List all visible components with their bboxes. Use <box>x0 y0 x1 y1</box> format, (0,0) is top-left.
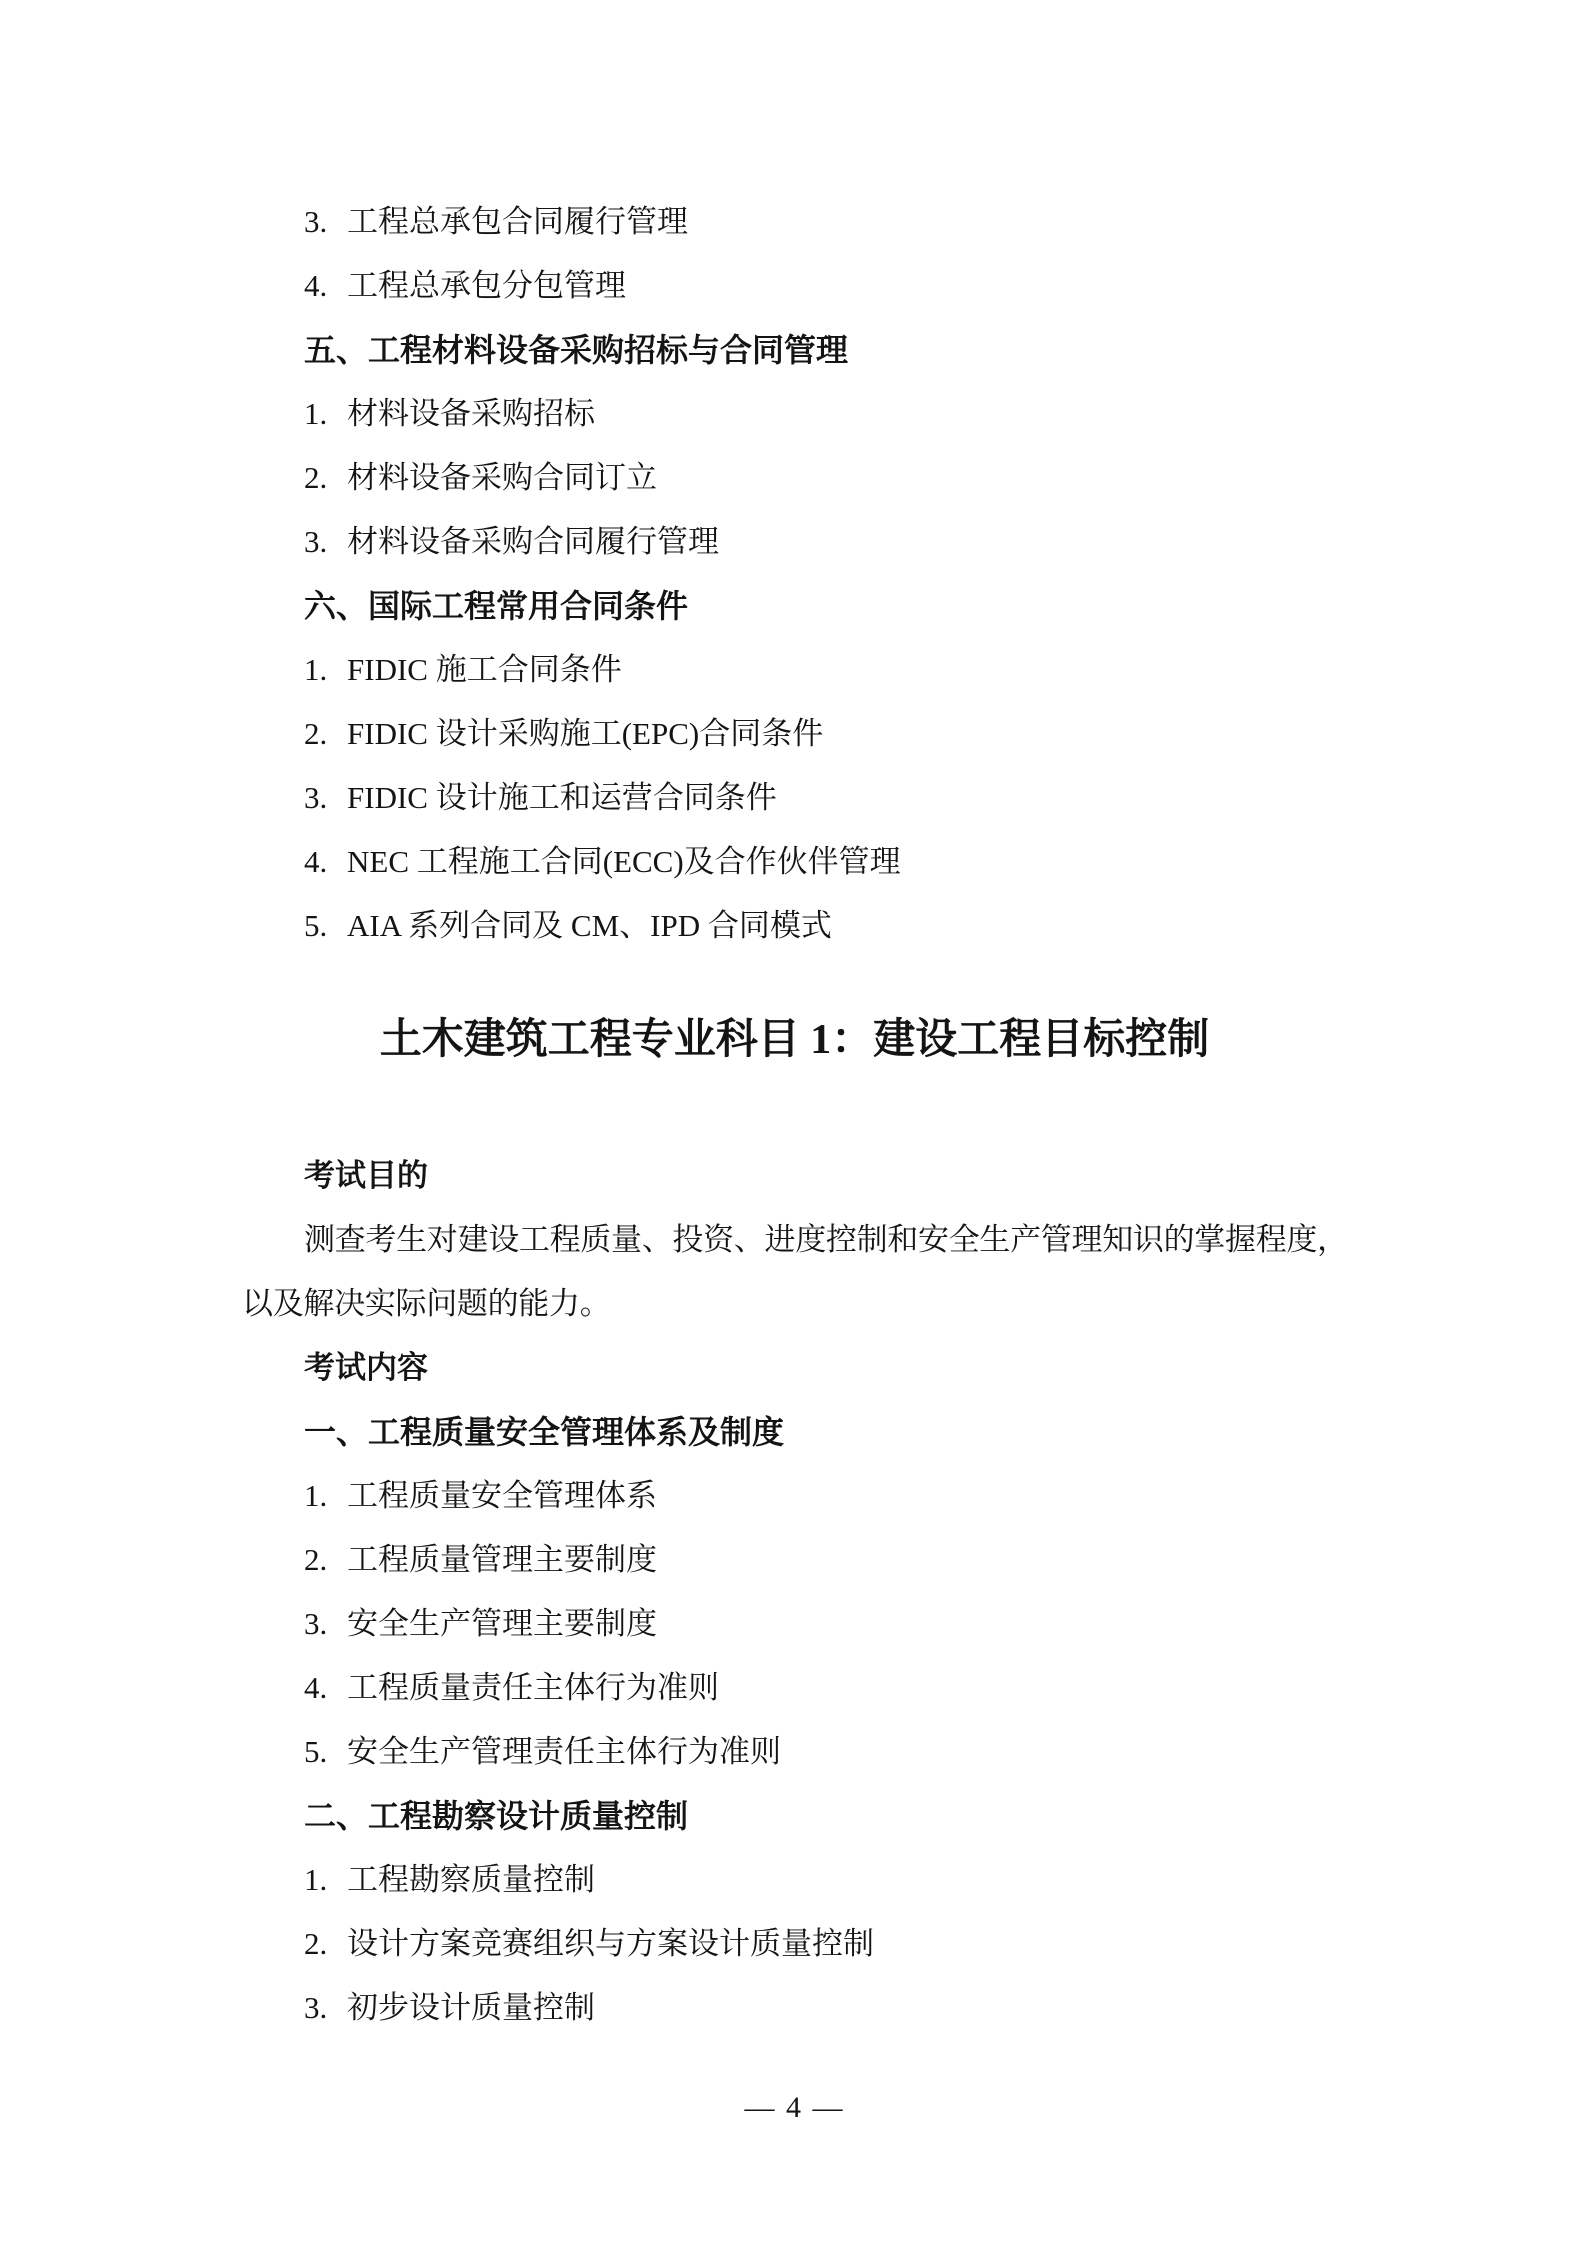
outline-item: 4.工程总承包分包管理 <box>242 254 1347 318</box>
item-text: 材料设备采购合同履行管理 <box>347 524 719 559</box>
item-number: 2. <box>304 702 347 766</box>
item-text: 安全生产管理责任主体行为准则 <box>347 1734 781 1769</box>
content-heading-two: 二、工程勘察设计质量控制 <box>242 1784 1347 1848</box>
outline-heading-six: 六、国际工程常用合同条件 <box>242 574 1347 638</box>
item-number: 5. <box>304 1720 347 1784</box>
content-heading-one: 一、工程质量安全管理体系及制度 <box>242 1400 1347 1464</box>
item-number: 5. <box>304 894 347 958</box>
item-number: 1. <box>304 638 347 702</box>
content-item: 5.安全生产管理责任主体行为准则 <box>242 1720 1347 1784</box>
item-number: 3. <box>304 190 347 254</box>
exam-purpose-paragraph-line1: 测查考生对建设工程质量、投资、进度控制和安全生产管理知识的掌握程度， <box>242 1208 1347 1272</box>
item-text: 材料设备采购招标 <box>347 396 595 431</box>
item-text: FIDIC 设计施工和运营合同条件 <box>347 780 777 815</box>
outline-heading-five: 五、工程材料设备采购招标与合同管理 <box>242 318 1347 382</box>
item-text: 初步设计质量控制 <box>347 1990 595 2025</box>
item-number: 1. <box>304 1464 347 1528</box>
content-item: 1.工程质量安全管理体系 <box>242 1464 1347 1528</box>
exam-purpose-paragraph-line2: 以及解决实际问题的能力。 <box>242 1272 1347 1336</box>
item-text: 安全生产管理主要制度 <box>347 1606 657 1641</box>
outline-item: 3.工程总承包合同履行管理 <box>242 190 1347 254</box>
section-title: 土木建筑工程专业科目 1：建设工程目标控制 <box>242 990 1347 1090</box>
item-number: 2. <box>304 1528 347 1592</box>
item-text: 工程质量责任主体行为准则 <box>347 1670 719 1705</box>
outline-top-section: 3.工程总承包合同履行管理 4.工程总承包分包管理 五、工程材料设备采购招标与合… <box>242 190 1347 958</box>
item-number: 3. <box>304 1976 347 2040</box>
item-text: FIDIC 设计采购施工(EPC)合同条件 <box>347 716 823 751</box>
item-text: 材料设备采购合同订立 <box>347 460 657 495</box>
content-item: 3.初步设计质量控制 <box>242 1976 1347 2040</box>
content-item: 2.工程质量管理主要制度 <box>242 1528 1347 1592</box>
item-text: FIDIC 施工合同条件 <box>347 652 622 687</box>
exam-content-section: 考试内容 一、工程质量安全管理体系及制度 1.工程质量安全管理体系 2.工程质量… <box>242 1336 1347 2040</box>
exam-purpose-section: 考试目的 测查考生对建设工程质量、投资、进度控制和安全生产管理知识的掌握程度， … <box>242 1144 1347 1336</box>
content-item: 1.工程勘察质量控制 <box>242 1848 1347 1912</box>
outline-item: 3.FIDIC 设计施工和运营合同条件 <box>242 766 1347 830</box>
item-number: 1. <box>304 1848 347 1912</box>
outline-item: 2.FIDIC 设计采购施工(EPC)合同条件 <box>242 702 1347 766</box>
outline-item: 3.材料设备采购合同履行管理 <box>242 510 1347 574</box>
item-text: AIA 系列合同及 CM、IPD 合同模式 <box>347 908 832 943</box>
document-page: 3.工程总承包合同履行管理 4.工程总承包分包管理 五、工程材料设备采购招标与合… <box>0 0 1587 2245</box>
item-number: 4. <box>304 830 347 894</box>
page-number: — 4 — <box>242 2076 1347 2140</box>
outline-item: 4.NEC 工程施工合同(ECC)及合作伙伴管理 <box>242 830 1347 894</box>
content-item: 4.工程质量责任主体行为准则 <box>242 1656 1347 1720</box>
content-item: 3.安全生产管理主要制度 <box>242 1592 1347 1656</box>
item-number: 1. <box>304 382 347 446</box>
item-number: 4. <box>304 254 347 318</box>
item-text: 工程质量安全管理体系 <box>347 1478 657 1513</box>
item-number: 2. <box>304 446 347 510</box>
content-item: 2.设计方案竞赛组织与方案设计质量控制 <box>242 1912 1347 1976</box>
outline-item: 2.材料设备采购合同订立 <box>242 446 1347 510</box>
item-number: 3. <box>304 766 347 830</box>
item-number: 3. <box>304 510 347 574</box>
item-number: 2. <box>304 1912 347 1976</box>
item-text: 工程总承包合同履行管理 <box>347 204 688 239</box>
exam-content-heading: 考试内容 <box>242 1336 1347 1400</box>
outline-item: 1.FIDIC 施工合同条件 <box>242 638 1347 702</box>
outline-item: 5.AIA 系列合同及 CM、IPD 合同模式 <box>242 894 1347 958</box>
item-text: 工程质量管理主要制度 <box>347 1542 657 1577</box>
item-number: 4. <box>304 1656 347 1720</box>
item-number: 3. <box>304 1592 347 1656</box>
item-text: 工程勘察质量控制 <box>347 1862 595 1897</box>
outline-item: 1.材料设备采购招标 <box>242 382 1347 446</box>
item-text: 设计方案竞赛组织与方案设计质量控制 <box>347 1926 874 1961</box>
exam-purpose-heading: 考试目的 <box>242 1144 1347 1208</box>
item-text: 工程总承包分包管理 <box>347 268 626 303</box>
item-text: NEC 工程施工合同(ECC)及合作伙伴管理 <box>347 844 901 879</box>
